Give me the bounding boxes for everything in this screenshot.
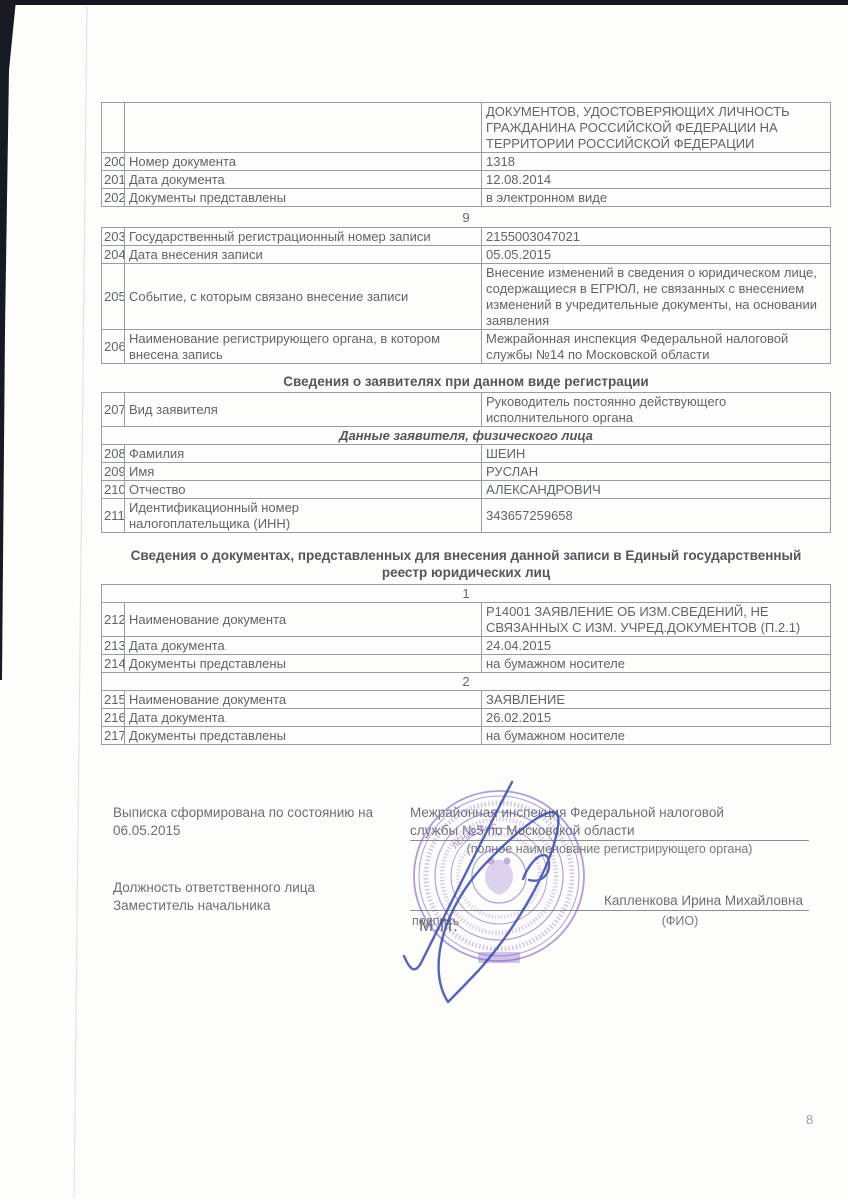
field-value-cell: 26.02.2015 (482, 709, 831, 727)
field-label-cell: Государственный регистрационный номер за… (125, 228, 482, 246)
field-value-cell: АЛЕКСАНДРОВИЧ (482, 481, 831, 499)
field-label-cell: Наименование документа (125, 691, 482, 709)
table-row: 211 Идентификационный номер налогоплател… (102, 499, 831, 533)
field-label-cell: Событие, с которым связано внесение запи… (125, 264, 482, 330)
table-row: 201 Дата документа 12.08.2014 (102, 171, 831, 189)
field-label-cell: Номер документа (125, 153, 482, 171)
table-row: 207 Вид заявителя Руководитель постоянно… (102, 393, 831, 427)
row-number-cell: 208 (102, 445, 125, 463)
field-value-cell: на бумажном носителе (482, 655, 831, 673)
field-value-cell: на бумажном носителе (482, 727, 831, 745)
row-number-cell: 200 (102, 153, 125, 171)
official-position-value: Заместитель начальника (113, 897, 410, 915)
official-position-label: Должность ответственного лица (113, 879, 410, 897)
field-value-cell: 343657259658 (482, 499, 831, 533)
table-row: 200 Номер документа 1318 (102, 153, 831, 171)
scan-top-edge (4, 0, 848, 5)
document-body: ДОКУМЕНТОВ, УДОСТОВЕРЯЮЩИХ ЛИЧНОСТЬ ГРАЖ… (101, 102, 831, 745)
applicants-table: 207 Вид заявителя Руководитель постоянно… (101, 392, 831, 533)
table-row: 206 Наименование регистрирующего органа,… (102, 330, 831, 364)
field-label-cell: Отчество (125, 481, 482, 499)
field-value-cell: РУСЛАН (482, 463, 831, 481)
row-number-cell: 210 (102, 481, 125, 499)
row-number-cell: 203 (102, 228, 125, 246)
table-row: 214 Документы представлены на бумажном н… (102, 655, 831, 673)
field-value-cell: Руководитель постоянно действующего испо… (482, 393, 831, 427)
field-label-cell: Дата документа (125, 171, 482, 189)
table-row: 210 Отчество АЛЕКСАНДРОВИЧ (102, 481, 831, 499)
field-label-cell: Документы представлены (125, 727, 482, 745)
row-number-cell (102, 103, 125, 153)
document-index-cell: 2 (102, 673, 831, 691)
field-label-cell: Наименование документа (125, 603, 482, 637)
handwritten-signature (380, 758, 660, 1028)
table-row: 202 Документы представлены в электронном… (102, 189, 831, 207)
documents-section-title: Сведения о документах, представленных дл… (113, 547, 819, 581)
table-row: 213 Дата документа 24.04.2015 (102, 637, 831, 655)
field-label-cell: Вид заявителя (125, 393, 482, 427)
field-value-cell: Внесение изменений в сведения о юридичес… (482, 264, 831, 330)
table-row: 212 Наименование документа Р14001 ЗАЯВЛЕ… (102, 603, 831, 637)
row-number-cell: 209 (102, 463, 125, 481)
extract-date-value: 06.05.2015 (113, 822, 410, 840)
field-value-cell: ШЕИН (482, 445, 831, 463)
row-number-cell: 214 (102, 655, 125, 673)
applicant-data-subtitle: Данные заявителя, физического лица (102, 427, 831, 445)
field-label-cell: Идентификационный номер налогоплательщик… (125, 499, 482, 533)
row-number-cell: 211 (102, 499, 125, 533)
field-value-cell: Р14001 ЗАЯВЛЕНИЕ ОБ ИЗМ.СВЕДЕНИЙ, НЕ СВЯ… (482, 603, 831, 637)
row-number-cell: 201 (102, 171, 125, 189)
extract-date-label: Выписка сформирована по состоянию на (113, 804, 410, 822)
documents-table: 1 212 Наименование документа Р14001 ЗАЯВ… (101, 584, 831, 745)
table-row: 204 Дата внесения записи 05.05.2015 (102, 246, 831, 264)
record-table-documents-top: ДОКУМЕНТОВ, УДОСТОВЕРЯЮЩИХ ЛИЧНОСТЬ ГРАЖ… (101, 102, 831, 207)
row-number-cell: 213 (102, 637, 125, 655)
scanned-document-page: ДОКУМЕНТОВ, УДОСТОВЕРЯЮЩИХ ЛИЧНОСТЬ ГРАЖ… (0, 0, 848, 1200)
table-row: 208 Фамилия ШЕИН (102, 445, 831, 463)
field-label-cell: Дата документа (125, 709, 482, 727)
table-row: 1 (102, 585, 831, 603)
table-row: 217 Документы представлены на бумажном н… (102, 727, 831, 745)
row-number-cell: 217 (102, 727, 125, 745)
field-value-cell: ДОКУМЕНТОВ, УДОСТОВЕРЯЮЩИХ ЛИЧНОСТЬ ГРАЖ… (482, 103, 831, 153)
field-label-cell: Имя (125, 463, 482, 481)
table-row: 209 Имя РУСЛАН (102, 463, 831, 481)
record-block-number: 9 (101, 209, 831, 227)
field-value-cell: 2155003047021 (482, 228, 831, 246)
table-row: 2 (102, 673, 831, 691)
row-number-cell: 206 (102, 330, 125, 364)
page-number: 8 (806, 1112, 813, 1127)
field-label-cell: Дата внесения записи (125, 246, 482, 264)
table-row: Данные заявителя, физического лица (102, 427, 831, 445)
table-row: ДОКУМЕНТОВ, УДОСТОВЕРЯЮЩИХ ЛИЧНОСТЬ ГРАЖ… (102, 103, 831, 153)
field-value-cell: 1318 (482, 153, 831, 171)
field-label-cell: Фамилия (125, 445, 482, 463)
field-label-cell (125, 103, 482, 153)
field-label-cell: Документы представлены (125, 655, 482, 673)
row-number-cell: 202 (102, 189, 125, 207)
field-value-cell: ЗАЯВЛЕНИЕ (482, 691, 831, 709)
field-label-cell: Документы представлены (125, 189, 482, 207)
table-row: 203 Государственный регистрационный номе… (102, 228, 831, 246)
field-label-cell: Дата документа (125, 637, 482, 655)
row-number-cell: 216 (102, 709, 125, 727)
table-row: 205 Событие, с которым связано внесение … (102, 264, 831, 330)
record-table-block-9: 203 Государственный регистрационный номе… (101, 227, 831, 364)
table-row: 215 Наименование документа ЗАЯВЛЕНИЕ (102, 691, 831, 709)
field-value-cell: 24.04.2015 (482, 637, 831, 655)
field-value-cell: в электронном виде (482, 189, 831, 207)
row-number-cell: 215 (102, 691, 125, 709)
document-index-cell: 1 (102, 585, 831, 603)
field-value-cell: Межрайонная инспекция Федеральной налого… (482, 330, 831, 364)
table-row: 216 Дата документа 26.02.2015 (102, 709, 831, 727)
row-number-cell: 205 (102, 264, 125, 330)
row-number-cell: 207 (102, 393, 125, 427)
field-value-cell: 05.05.2015 (482, 246, 831, 264)
field-label-cell: Наименование регистрирующего органа, в к… (125, 330, 482, 364)
applicants-section-title: Сведения о заявителях при данном виде ре… (101, 373, 831, 390)
row-number-cell: 204 (102, 246, 125, 264)
field-value-cell: 12.08.2014 (482, 171, 831, 189)
row-number-cell: 212 (102, 603, 125, 637)
